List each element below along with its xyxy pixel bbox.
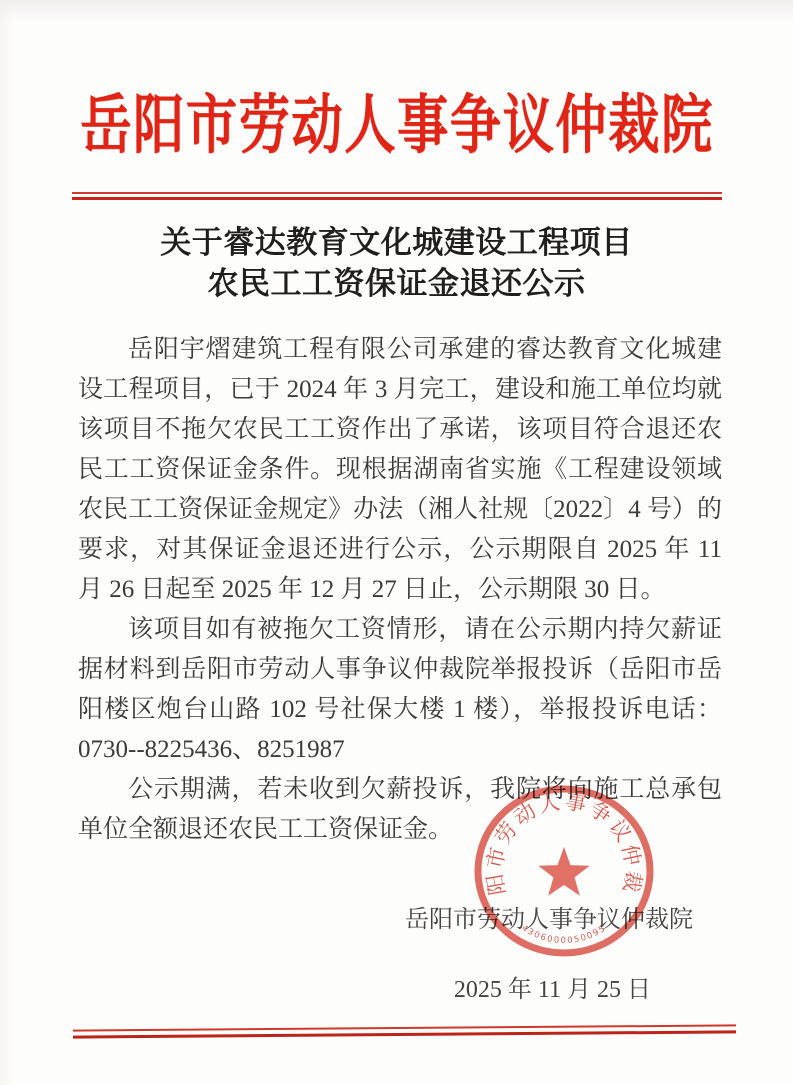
signature-date: 2025 年 11 月 25 日	[0, 975, 793, 1005]
paragraph-complaint-channel: 该项目如有被拖欠工资情形，请在公示期内持欠薪证据材料到岳阳市劳动人事争议仲裁院举…	[78, 610, 722, 770]
document-title-line1: 关于睿达教育文化城建设工程项目	[0, 222, 793, 263]
footer-divider	[73, 1024, 736, 1038]
notice-page: 岳阳市劳动人事争议仲裁院 关于睿达教育文化城建设工程项目 农民工工资保证金退还公…	[0, 0, 793, 1085]
stamp-code-number: 4306000050095	[520, 923, 609, 946]
document-title: 关于睿达教育文化城建设工程项目 农民工工资保证金退还公示	[0, 222, 793, 304]
letterhead-divider	[72, 192, 722, 200]
official-seal-stamp: 岳阳市劳动人事争议仲裁院 4306000050095	[469, 776, 659, 966]
document-title-line2: 农民工工资保证金退还公示	[0, 263, 793, 304]
stamp-star	[538, 847, 589, 896]
notice-body: 岳阳宇熠建筑工程有限公司承建的睿达教育文化城建设工程项目，已于 2024 年 3…	[78, 330, 722, 850]
letterhead-divider-thick-line	[72, 197, 722, 200]
paragraph-project-completion: 岳阳宇熠建筑工程有限公司承建的睿达教育文化城建设工程项目，已于 2024 年 3…	[78, 330, 722, 610]
letterhead-title: 岳阳市劳动人事争议仲裁院	[80, 86, 714, 166]
letterhead: 岳阳市劳动人事争议仲裁院	[0, 86, 793, 176]
signature-name: 岳阳市劳动人事争议仲裁院	[0, 905, 793, 935]
